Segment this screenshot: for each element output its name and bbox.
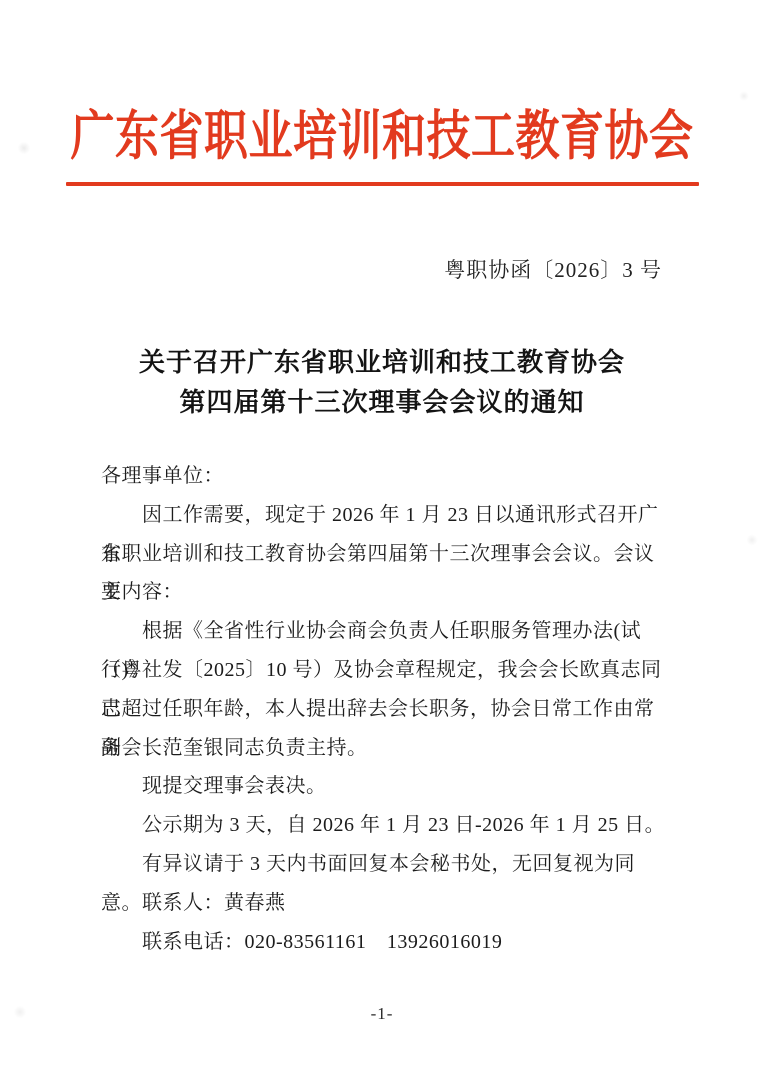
notice-title: 关于召开广东省职业培训和技工教育协会 第四届第十三次理事会会议的通知 [0, 343, 764, 423]
notice-title-line-2: 第四届第十三次理事会会议的通知 [0, 383, 764, 423]
body-line: 公示期为 3 天，自 2026 年 1 月 23 日-2026 年 1 月 25… [101, 806, 668, 845]
body-line: 现提交理事会表决。 [101, 767, 668, 806]
notice-title-line-1: 关于召开广东省职业培训和技工教育协会 [0, 343, 764, 383]
letterhead-divider [66, 182, 699, 186]
body-line: 已超过任职年龄，本人提出辞去会长职务，协会日常工作由常务 [101, 690, 668, 729]
body-line: 副会长范奎银同志负责主持。 [101, 729, 668, 768]
document-page: 广东省职业培训和技工教育协会 粤职协函〔2026〕3 号 关于召开广东省职业培训… [0, 0, 764, 1080]
body-line-contact-phone: 联系电话：020-83561161 13926016019 [101, 923, 668, 962]
body-line: 要内容： [101, 573, 668, 612]
page-number: -1- [0, 1004, 764, 1024]
body-line: 省职业培训和技工教育协会第四届第十三次理事会会议。会议主 [101, 535, 668, 574]
body-line-salutation: 各理事单位： [101, 457, 668, 496]
body-line: 因工作需要，现定于 2026 年 1 月 23 日以通讯形式召开广东 [101, 496, 668, 535]
body-line: 根据《全省性行业协会商会负责人任职服务管理办法(试行)》 [101, 612, 668, 651]
body-line: （粤社发〔2025〕10 号）及协会章程规定，我会会长欧真志同志 [101, 651, 668, 690]
body-line-contact-person: 联系人：黄春燕 [101, 884, 668, 923]
notice-body: 各理事单位： 因工作需要，现定于 2026 年 1 月 23 日以通讯形式召开广… [0, 457, 764, 961]
letterhead-org-name: 广东省职业培训和技工教育协会 [0, 107, 764, 168]
doc-number: 粤职协函〔2026〕3 号 [0, 255, 764, 285]
body-line: 有异议请于 3 天内书面回复本会秘书处，无回复视为同意。 [101, 845, 668, 884]
